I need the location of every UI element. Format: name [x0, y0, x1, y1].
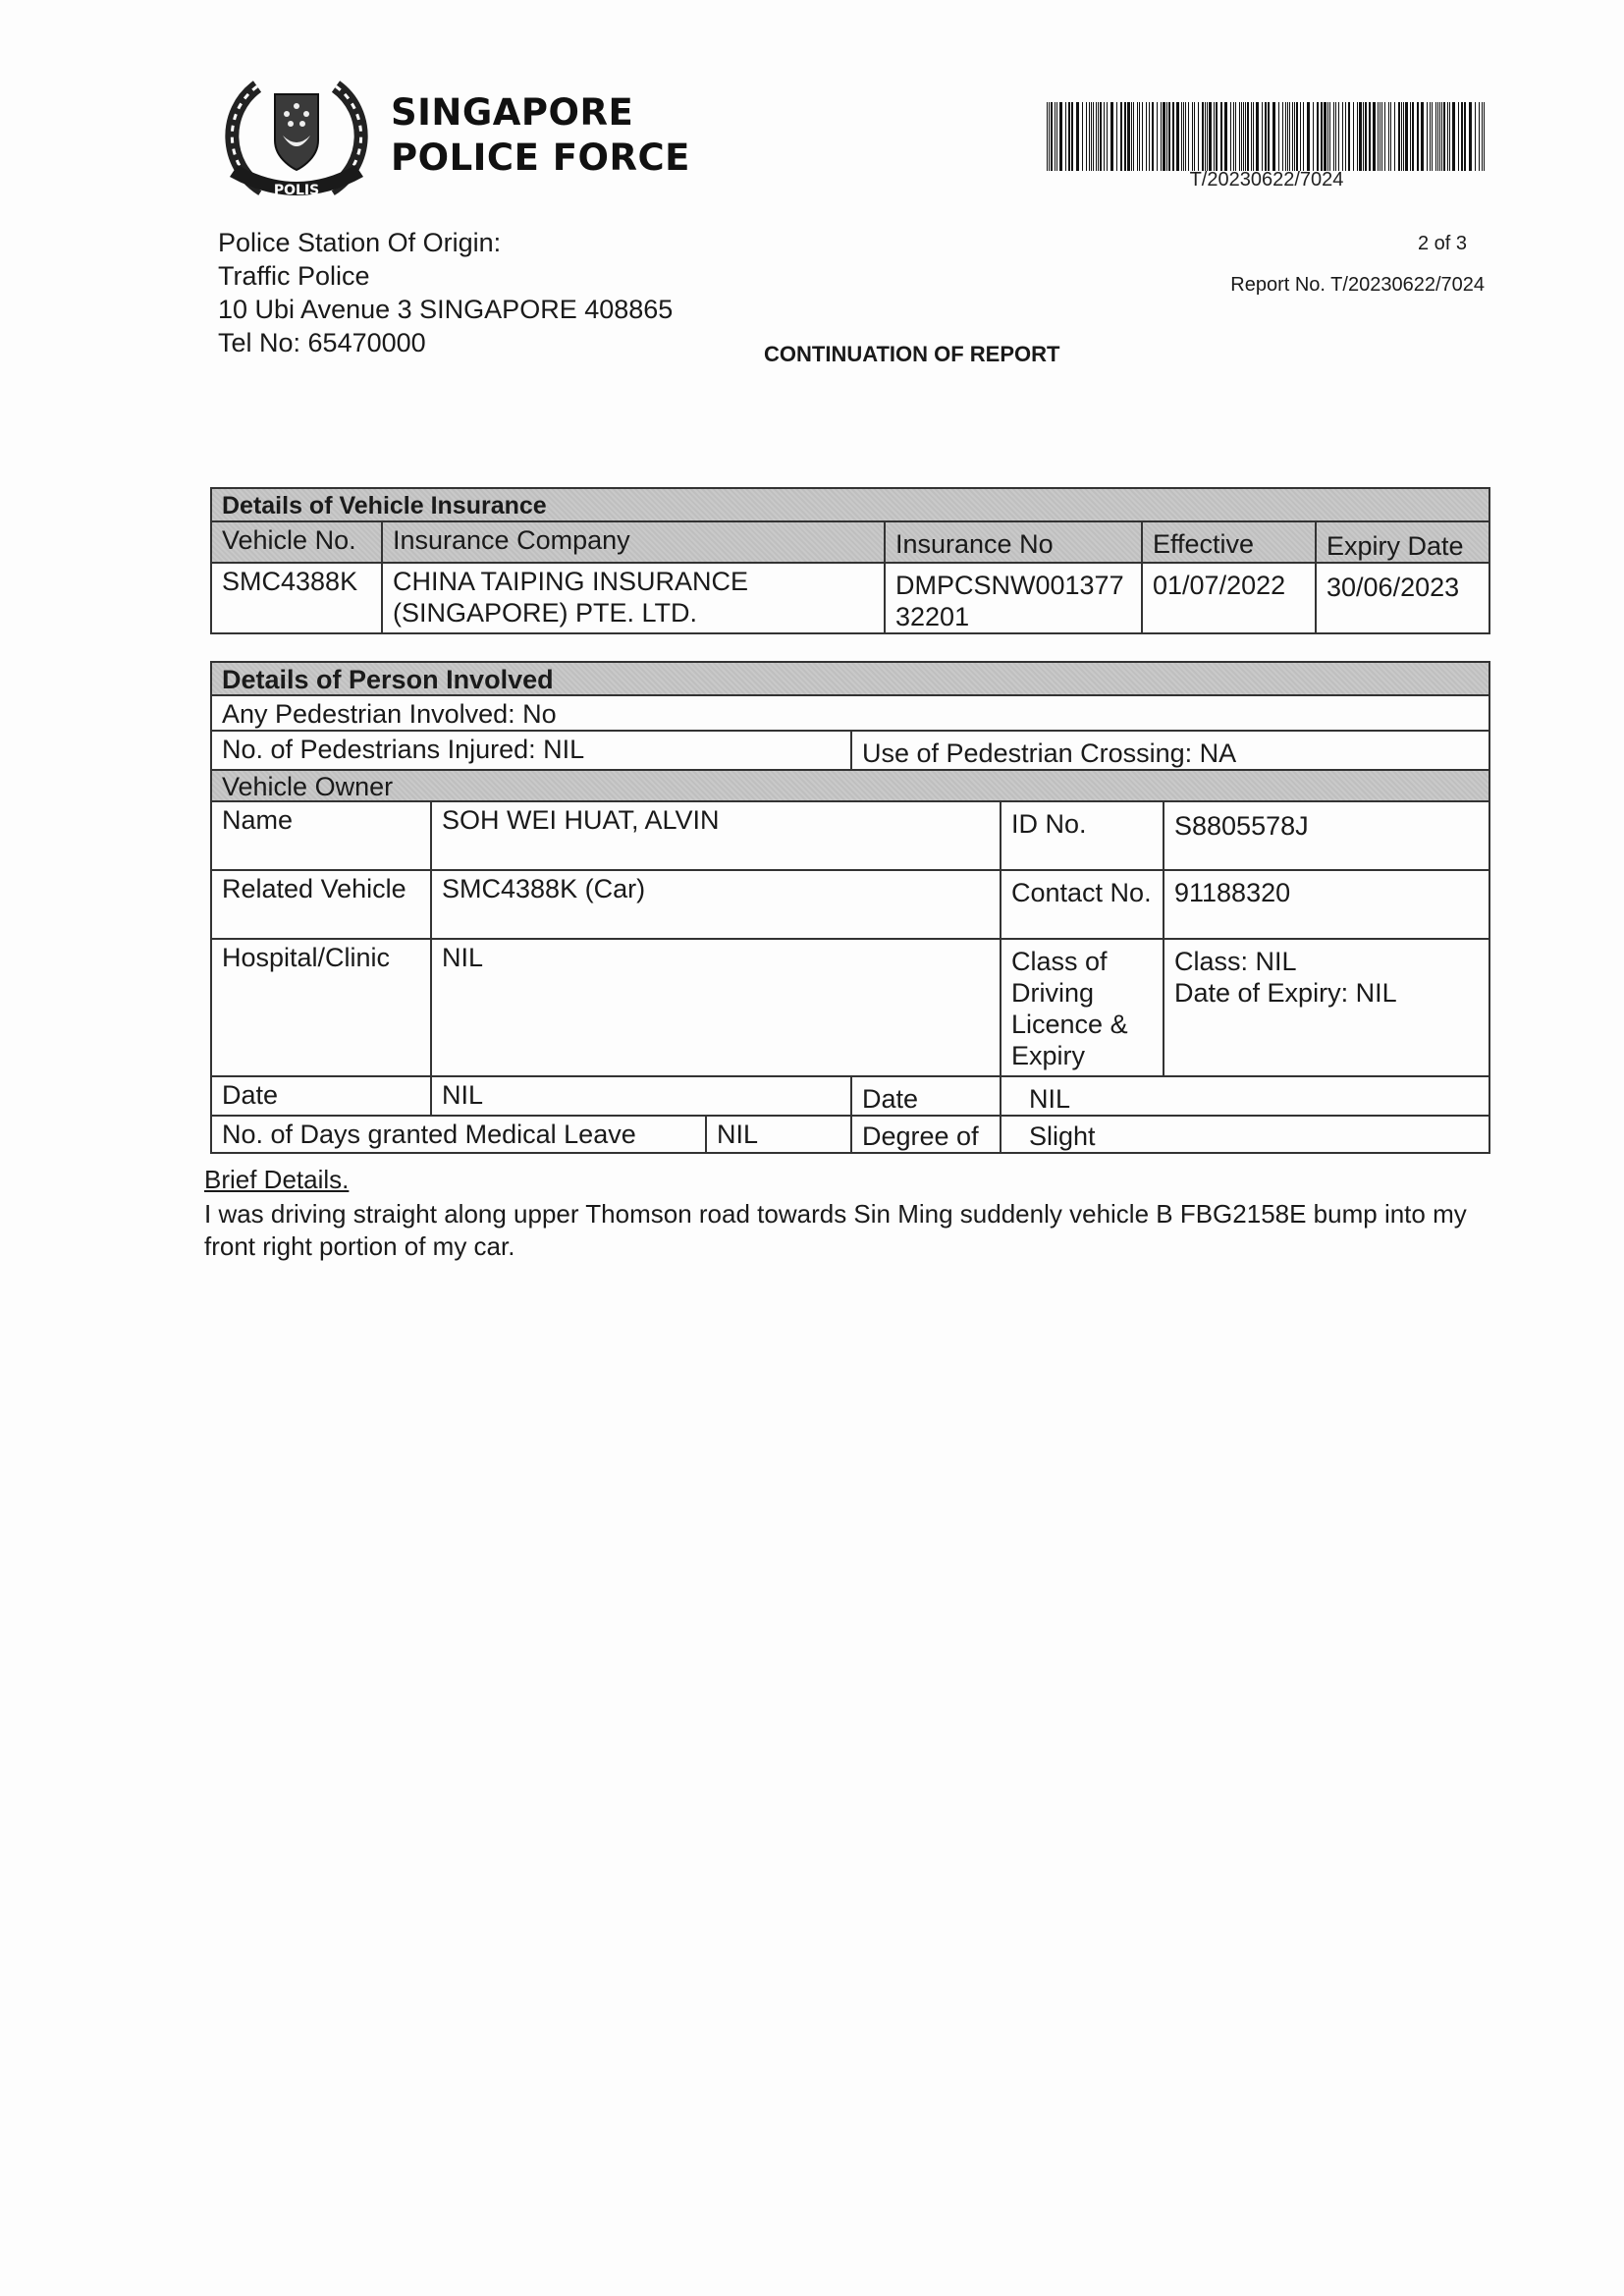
cell-effective: 01/07/2022	[1142, 563, 1316, 633]
cell-expiry: 30/06/2023	[1316, 563, 1489, 633]
origin-label: Police Station Of Origin:	[218, 226, 673, 259]
id-label: ID No.	[1001, 801, 1164, 870]
insurance-no-line2: 32201	[895, 601, 1131, 632]
hospital-label: Hospital/Clinic	[211, 939, 431, 1076]
contact-value: 91188320	[1164, 870, 1489, 939]
section-header-row: Details of Vehicle Insurance	[211, 488, 1489, 521]
name-label: Name	[211, 801, 431, 870]
licence-expiry: Date of Expiry: NIL	[1174, 977, 1479, 1009]
brief-details-title: Brief Details.	[204, 1165, 349, 1195]
medical-leave-value: NIL	[706, 1116, 851, 1153]
table-row: SMC4388K CHINA TAIPING INSURANCE (SINGAP…	[211, 563, 1489, 633]
col-vehicle-no: Vehicle No.	[211, 521, 382, 563]
barcode-icon	[1047, 102, 1487, 171]
person-involved-table: Details of Person Involved Any Pedestria…	[210, 661, 1490, 1154]
pedestrian-involved: Any Pedestrian Involved: No	[211, 695, 1489, 731]
brand-line2: POLICE FORCE	[391, 136, 690, 181]
report-number: Report No. T/20230622/7024	[1230, 274, 1485, 297]
origin-station: Traffic Police	[218, 259, 673, 293]
brand-name: SINGAPORE POLICE FORCE	[391, 90, 690, 181]
cell-vehicle-no: SMC4388K	[211, 563, 382, 633]
col-expiry-date: Expiry Date	[1316, 521, 1489, 563]
vehicle-insurance-table: Details of Vehicle Insurance Vehicle No.…	[210, 487, 1490, 634]
col-effective: Effective	[1142, 521, 1316, 563]
police-crest-logo: POLIS	[218, 67, 375, 214]
document-title: CONTINUATION OF REPORT	[764, 342, 1059, 367]
insurance-section-title: Details of Vehicle Insurance	[211, 488, 1489, 521]
date-value: NIL	[431, 1076, 851, 1116]
degree-value: Slight	[1001, 1116, 1489, 1153]
col-insurance-no: Insurance No	[885, 521, 1142, 563]
pedestrians-injured: No. of Pedestrians Injured: NIL	[211, 731, 851, 770]
licence-label-line: Licence &	[1011, 1009, 1153, 1040]
date2-value: NIL	[1001, 1076, 1489, 1116]
cell-insurance-no: DMPCSNW001377 32201	[885, 563, 1142, 633]
licence-label-line: Driving	[1011, 977, 1153, 1009]
origin-address: 10 Ubi Avenue 3 SINGAPORE 408865	[218, 293, 673, 326]
company-line2: (SINGAPORE) PTE. LTD.	[393, 597, 874, 629]
company-line1: CHINA TAIPING INSURANCE	[393, 566, 874, 597]
date2-label: Date	[851, 1076, 1001, 1116]
cell-insurance-company: CHINA TAIPING INSURANCE (SINGAPORE) PTE.…	[382, 563, 885, 633]
person-section-title: Details of Person Involved	[211, 662, 1489, 695]
contact-label: Contact No.	[1001, 870, 1164, 939]
related-vehicle-label: Related Vehicle	[211, 870, 431, 939]
page-indicator: 2 of 3	[1418, 233, 1467, 255]
licence-label-line: Class of	[1011, 946, 1153, 977]
date-label: Date	[211, 1076, 431, 1116]
degree-label: Degree of	[851, 1116, 1001, 1153]
brand-line1: SINGAPORE	[391, 90, 690, 136]
name-value: SOH WEI HUAT, ALVIN	[431, 801, 1001, 870]
barcode-text: T/20230622/7024	[1047, 169, 1487, 191]
licence-label: Class of Driving Licence & Expiry	[1001, 939, 1164, 1076]
svg-text:POLIS: POLIS	[274, 183, 319, 198]
id-value: S8805578J	[1164, 801, 1489, 870]
col-insurance-company: Insurance Company	[382, 521, 885, 563]
licence-class: Class: NIL	[1174, 946, 1479, 977]
licence-value: Class: NIL Date of Expiry: NIL	[1164, 939, 1489, 1076]
related-vehicle-value: SMC4388K (Car)	[431, 870, 1001, 939]
pedestrian-crossing: Use of Pedestrian Crossing: NA	[851, 731, 1489, 770]
medical-leave-label: No. of Days granted Medical Leave	[211, 1116, 706, 1153]
hospital-value: NIL	[431, 939, 1001, 1076]
insurance-no-line1: DMPCSNW001377	[895, 570, 1131, 601]
brief-details-body: I was driving straight along upper Thoms…	[204, 1198, 1481, 1263]
police-crest-icon: POLIS	[218, 67, 375, 214]
barcode	[1047, 102, 1487, 171]
table-header-row: Vehicle No. Insurance Company Insurance …	[211, 521, 1489, 563]
vehicle-owner-subsection: Vehicle Owner	[211, 770, 1489, 801]
station-of-origin: Police Station Of Origin: Traffic Police…	[218, 226, 673, 359]
origin-tel: Tel No: 65470000	[218, 326, 673, 359]
licence-label-line: Expiry	[1011, 1040, 1153, 1071]
